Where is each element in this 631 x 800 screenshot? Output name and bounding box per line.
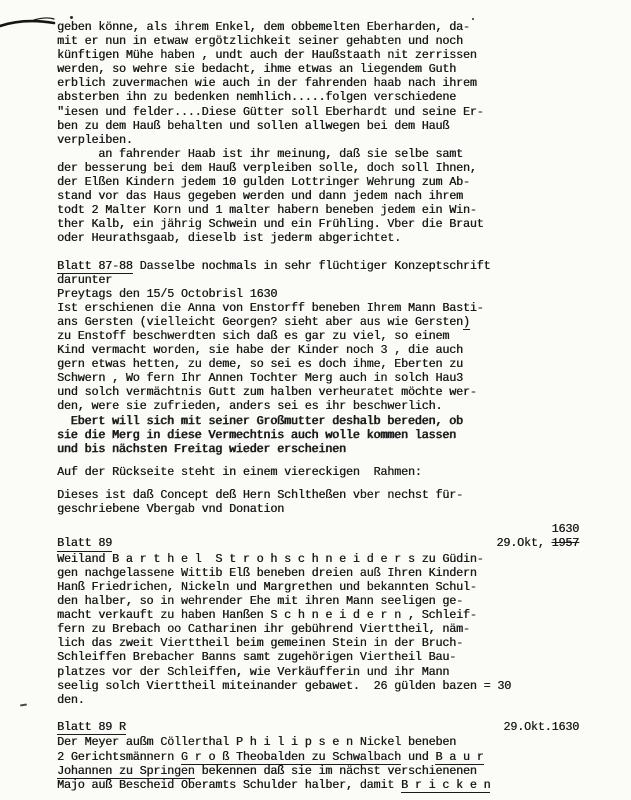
blatt-89r-underlined-bricken: B r i c k e n [401,778,490,794]
para-rueckseite-note: Auf der Rückseite steht in einem viereck… [57,465,579,479]
ink-dash-mark [20,704,27,707]
blatt-89-struck-year: 1957 [551,536,579,550]
blatt-89-date: 29.Okt, 1957 [496,536,579,552]
blatt-89-heading-row: Blatt 89 29.Okt, 1957 [57,536,579,552]
section-blatt-89r: Blatt 89 R 29.Okt.1630 Der Meyer außm Cö… [57,720,579,792]
para-concept-rahmen: Dieses ist daß Concept deß Hern Schltheß… [57,488,579,516]
underlined-paren: ) [463,315,470,331]
blatt-89-heading: Blatt 89 [57,536,112,552]
typewritten-text-block: geben könne, als ihrem Enkel, dem obbeme… [57,20,579,792]
blatt-89-body: Weiland B a r t h e l S t r o h s c h n … [57,552,579,707]
blatt-87-88-text-cont: zu Enstoff beschwerdten sich daß es gar … [57,329,477,413]
para-fahrende-haab: an fahrender Haab ist ihr meinung, daß s… [57,147,579,246]
blatt-89-year-correction: 1630 [57,522,579,536]
document-page: { "page": { "paper_color": "#fbfbf8", "i… [0,0,631,800]
para-continuation: geben könne, als ihrem Enkel, dem obbeme… [57,20,579,147]
blatt-89r-heading-row: Blatt 89 R 29.Okt.1630 [57,720,579,736]
section-blatt-87-88: Blatt 87-88 Dasselbe nochmals in sehr fl… [57,259,579,414]
ink-dot [70,16,73,19]
blatt-89r-date: 29.Okt.1630 [503,720,579,736]
section-blatt-89: 1630 Blatt 89 29.Okt, 1957 Weiland B a r… [57,522,579,707]
blatt-89-date-prefix: 29.Okt, [496,536,551,550]
para-ebert-grossmutter: Ebert will sich mit seiner Großmutter de… [57,414,579,456]
blatt-89r-text: und [401,750,435,764]
blatt-89r-body: Der Meyer außm Cöllerthal P h i l i p s … [57,735,579,791]
blatt-89r-heading: Blatt 89 R [57,720,126,736]
